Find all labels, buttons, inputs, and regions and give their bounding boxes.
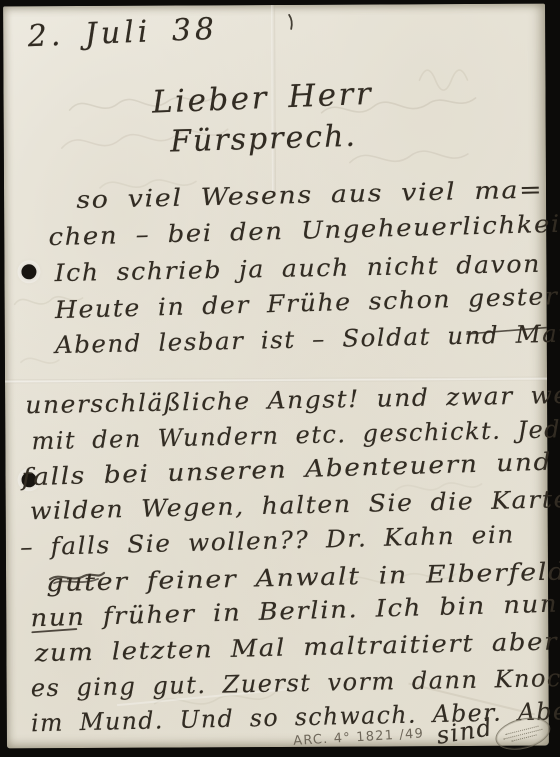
body-line: so viel Wesens aus viel ma= [76, 177, 544, 212]
body-line: chen – bei den Ungeheuerlichkeiten [48, 211, 560, 250]
body-line: nun früher in Berlin. Ich bin nun [30, 592, 558, 631]
hole-punch-top [21, 264, 36, 279]
body-line: es ging gut. Zuerst vorm dann Knochen [31, 665, 560, 700]
stray-ink-mark [289, 15, 292, 29]
salutation-line-1: Lieber Herr [151, 79, 373, 119]
body-line: falls bei unseren Abenteuern und [21, 450, 552, 490]
body-line: Ich schrieb ja auch nicht davon [54, 252, 541, 285]
body-line: – falls Sie wollen?? Dr. Kahn ein [20, 522, 515, 559]
salutation-line-2: Fürsprech. [170, 122, 358, 158]
body-line: unerschläßliche Angst! und zwar wer [25, 383, 560, 418]
body-line: guter feiner Anwalt in Elberfeld [46, 559, 560, 595]
closing-word: sind [435, 715, 495, 748]
body-line: Heute in der Frühe schon gestern [55, 284, 560, 323]
body-line: zum letzten Mal maltraitiert aber [34, 629, 558, 665]
body-line: mit den Wundern etc. geschickt. Jeden= [31, 416, 560, 453]
letter-date: 2. Juli 38 [27, 15, 218, 53]
body-line: Abend lesbar ist – Soldat und Matrose [55, 320, 560, 357]
letter-page: 2. Juli 38 Lieber Herr Fürsprech. so vie… [3, 4, 549, 749]
body-line: wilden Wegen, halten Sie die Karte. [30, 487, 560, 523]
